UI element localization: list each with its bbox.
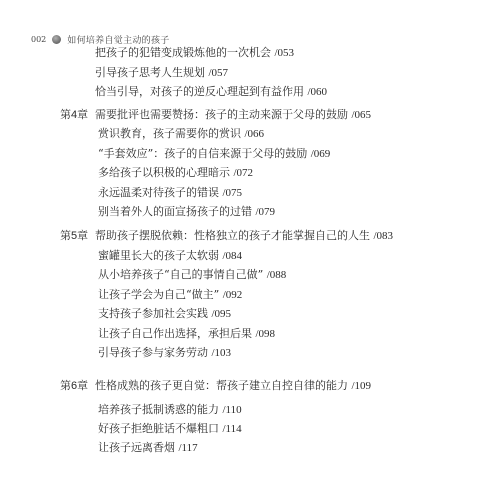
toc-item: 让孩子自己作出选择，承担后果 /098 (98, 327, 275, 341)
running-title: 如何培养自觉主动的孩子 (67, 33, 169, 46)
toc-item-page: /110 (223, 404, 242, 416)
toc-item-page: /075 (223, 187, 243, 199)
toc-item-page: /088 (267, 269, 287, 281)
toc-item-title: 培养孩子抵制诱惑的能力 (98, 403, 219, 416)
toc-item-title: 好孩子拒绝脏话不爆粗口 (98, 422, 219, 435)
toc-item-page: /103 (212, 347, 232, 359)
toc-item-page: /084 (223, 250, 243, 262)
toc-item: 永远温柔对待孩子的错误 /075 (98, 186, 242, 200)
page-number: 002 (31, 35, 46, 44)
toc-item-title: 让孩子远离香烟 (98, 441, 175, 454)
toc-item-title: 从小培养孩子“自己的事情自己做” (98, 268, 263, 281)
toc-item-page: /095 (212, 308, 232, 320)
toc-item-page: /072 (234, 167, 254, 179)
chapter-title-text: 帮助孩子摆脱依赖：性格独立的孩子才能掌握自己的人生 (95, 229, 370, 242)
toc-item: 培养孩子抵制诱惑的能力 /110 (98, 403, 242, 417)
toc-item: 让孩子远离香烟 /117 (98, 441, 198, 455)
toc-item: 把孩子的犯错变成锻炼他的一次机会 /053 (95, 46, 294, 60)
chapter-title-text: 需要批评也需要赞扬：孩子的主动来源于父母的鼓励 (95, 108, 348, 121)
toc-item-page: /117 (179, 442, 198, 454)
toc-item-page: /053 (275, 47, 295, 59)
toc-item-page: /079 (256, 206, 276, 218)
toc-item: 恰当引导，对孩子的逆反心理起到有益作用 /060 (95, 85, 327, 99)
toc-item-page: /092 (223, 289, 243, 301)
toc-item-page: /057 (209, 67, 229, 79)
chapter-title: 性格成熟的孩子更自觉：帮孩子建立自控自律的能力 /109 (95, 379, 371, 393)
toc-item-title: 让孩子学会为自己“做主” (98, 288, 219, 301)
toc-item: 从小培养孩子“自己的事情自己做” /088 (98, 268, 286, 282)
toc-item: 赏识教育，孩子需要你的赏识 /066 (98, 127, 264, 141)
toc-item: 多给孩子以积极的心理暗示 /072 (98, 166, 253, 180)
toc-item-page: /060 (308, 86, 328, 98)
chapter-page: /109 (352, 380, 372, 392)
toc-item-page: /098 (256, 328, 276, 340)
chapter-label: 第5章 (60, 229, 88, 243)
toc-item-title: 让孩子自己作出选择，承担后果 (98, 327, 252, 340)
toc-item-title: 蜜罐里长大的孩子太软弱 (98, 249, 219, 262)
chapter-title: 需要批评也需要赞扬：孩子的主动来源于父母的鼓励 /065 (95, 108, 371, 122)
toc-item-title: 把孩子的犯错变成锻炼他的一次机会 (95, 46, 271, 59)
toc-item: 蜜罐里长大的孩子太软弱 /084 (98, 249, 242, 263)
toc-item: “手套效应”：孩子的自信来源于父母的鼓励 /069 (98, 147, 330, 161)
chapter-label: 第4章 (60, 108, 88, 122)
toc-item: 引导孩子参与家务劳动 /103 (98, 346, 231, 360)
running-header: 002 如何培养自觉主动的孩子 (31, 33, 170, 46)
chapter-label: 第6章 (60, 379, 88, 393)
toc-item-title: 恰当引导，对孩子的逆反心理起到有益作用 (95, 85, 304, 98)
toc-item-title: 多给孩子以积极的心理暗示 (98, 166, 230, 179)
toc-item-title: 赏识教育，孩子需要你的赏识 (98, 127, 241, 140)
toc-item-title: 支持孩子参加社会实践 (98, 307, 208, 320)
ornament-icon (52, 35, 61, 44)
toc-item: 引导孩子思考人生规划 /057 (95, 66, 228, 80)
toc-item: 支持孩子参加社会实践 /095 (98, 307, 231, 321)
toc-item: 让孩子学会为自己“做主” /092 (98, 288, 242, 302)
chapter-title-text: 性格成熟的孩子更自觉：帮孩子建立自控自律的能力 (95, 379, 348, 392)
chapter-page: /065 (352, 109, 372, 121)
chapter-title: 帮助孩子摆脱依赖：性格独立的孩子才能掌握自己的人生 /083 (95, 229, 393, 243)
toc-item-page: /066 (245, 128, 265, 140)
chapter-page: /083 (374, 230, 394, 242)
toc-item-title: “手套效应”：孩子的自信来源于父母的鼓励 (98, 147, 307, 160)
toc-item-page: /114 (223, 423, 242, 435)
toc-item-title: 永远温柔对待孩子的错误 (98, 186, 219, 199)
toc-item-page: /069 (311, 148, 331, 160)
toc-item: 好孩子拒绝脏话不爆粗口 /114 (98, 422, 242, 436)
toc-item-title: 别当着外人的面宣扬孩子的过错 (98, 205, 252, 218)
toc-item: 别当着外人的面宣扬孩子的过错 /079 (98, 205, 275, 219)
toc-item-title: 引导孩子思考人生规划 (95, 66, 205, 79)
toc-item-title: 引导孩子参与家务劳动 (98, 346, 208, 359)
